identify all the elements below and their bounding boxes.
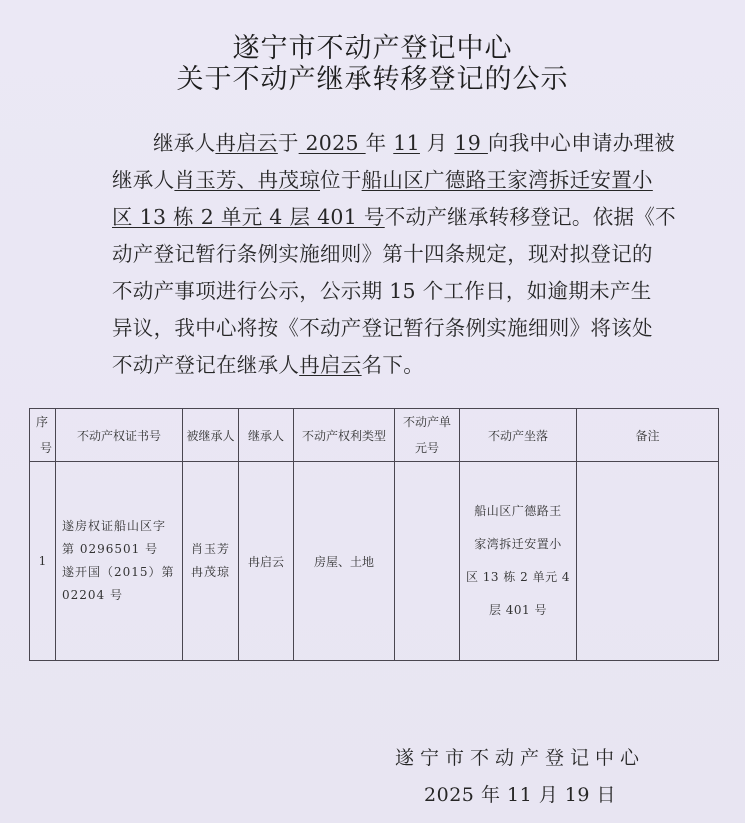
- cell-right-type: 房屋、土地: [294, 462, 395, 661]
- property-address-part2: 区 13 栋 2 单元 4 层 401 号: [112, 205, 385, 229]
- cell-remarks: [577, 462, 719, 661]
- property-address-part1: 船山区广德路王家湾拆迁安置小: [362, 168, 653, 192]
- application-day: 19: [454, 131, 488, 155]
- cell-cert-no: 遂房权证船山区字 第 0296501 号 遂开国（2015）第 02204 号: [56, 462, 183, 661]
- registration-table: 序 号 不动产权证书号 被继承人 继承人 不动产权利类型 不动产单 元号 不动产…: [29, 408, 719, 661]
- heir-name-final: 冉启云: [299, 353, 361, 377]
- application-month: 11: [393, 131, 420, 155]
- signature-date: 2025 年 11 月 19 日: [380, 780, 660, 807]
- heir-name: 冉启云: [215, 131, 277, 155]
- header-cert-no: 不动产权证书号: [56, 409, 183, 462]
- cell-decedent: 肖玉芳 冉茂琼: [183, 462, 239, 661]
- body-line-1: 继承人冉启云于 2025 年 11 月 19 向我中心申请办理被: [112, 125, 642, 162]
- title-line-1: 遂宁市不动产登记中心: [0, 33, 745, 65]
- header-unit-no: 不动产单 元号: [395, 409, 460, 462]
- header-location: 不动产坐落: [460, 409, 577, 462]
- body-line-2: 继承人肖玉芳、冉茂琼位于船山区广德路王家湾拆迁安置小: [112, 162, 642, 199]
- table-row: 1 遂房权证船山区字 第 0296501 号 遂开国（2015）第 02204 …: [30, 462, 719, 661]
- cell-location: 船山区广德路王 家湾拆迁安置小 区 13 栋 2 单元 4 层 401 号: [460, 462, 577, 661]
- body-line-5: 不动产事项进行公示，公示期 15 个工作日，如逾期未产生: [112, 273, 642, 310]
- signature-org: 遂宁市不动产登记中心: [380, 743, 660, 770]
- header-right-type: 不动产权利类型: [294, 409, 395, 462]
- header-heir: 继承人: [239, 409, 294, 462]
- body-line-7: 不动产登记在继承人冉启云名下。: [112, 347, 642, 384]
- header-decedent: 被继承人: [183, 409, 239, 462]
- table-header-row: 序 号 不动产权证书号 被继承人 继承人 不动产权利类型 不动产单 元号 不动产…: [30, 409, 719, 462]
- header-seq: 序 号: [30, 409, 56, 462]
- header-remarks: 备注: [577, 409, 719, 462]
- title-line-2: 关于不动产继承转移登记的公示: [0, 64, 745, 96]
- notice-page: 遂宁市不动产登记中心 关于不动产继承转移登记的公示 继承人冉启云于 2025 年…: [0, 0, 745, 823]
- cell-heir: 冉启云: [239, 462, 294, 661]
- cell-seq: 1: [30, 462, 56, 661]
- decedent-names: 肖玉芳、冉茂琼: [174, 168, 320, 192]
- body-line-4: 动产登记暂行条例实施细则》第十四条规定，现对拟登记的: [112, 236, 642, 273]
- notice-body: 继承人冉启云于 2025 年 11 月 19 向我中心申请办理被 继承人肖玉芳、…: [112, 125, 642, 384]
- cell-unit-no: [395, 462, 460, 661]
- body-line-3: 区 13 栋 2 单元 4 层 401 号不动产继承转移登记。依据《不: [112, 199, 642, 236]
- application-year: 2025: [299, 131, 366, 155]
- body-line-6: 异议，我中心将按《不动产登记暂行条例实施细则》将该处: [112, 310, 642, 347]
